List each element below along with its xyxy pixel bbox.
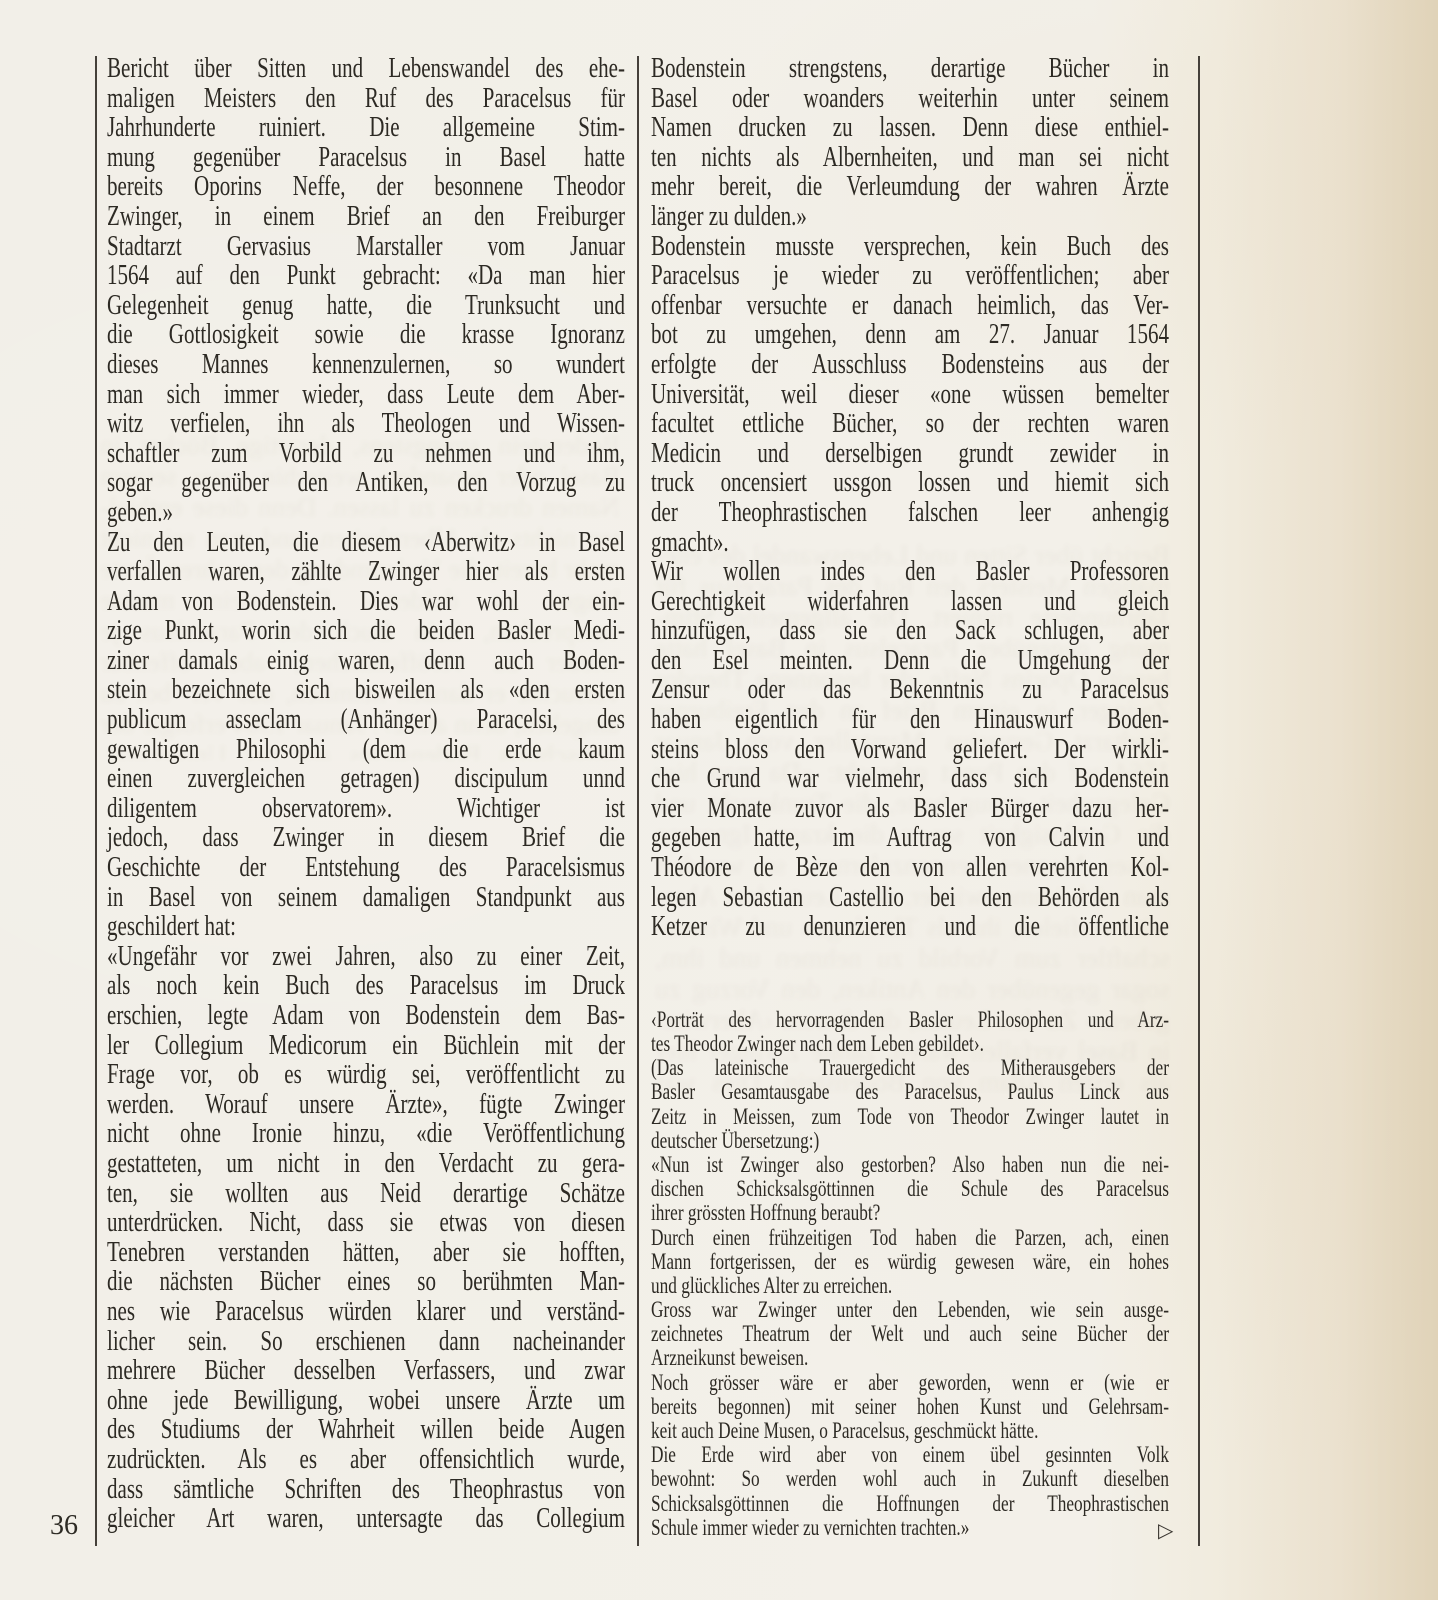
text-line: diligentem observatorem». Wichtiger ist [107,794,625,824]
text-line: Gelegenheit genug hatte, die Trunksucht … [107,291,625,321]
continuation-marker-icon: ▷ [1158,1518,1173,1543]
text-line: witz verfielen, ihn als Theologen und Wi… [107,409,625,439]
left-margin-rule [95,56,97,1546]
text-line: Bodenstein musste versprechen, kein Buch… [651,232,1169,262]
column-divider-rule [637,56,639,1546]
text-line: vier Monate zuvor als Basler Bürger dazu… [651,794,1169,824]
text-line: licher sein. So erschienen dann nacheina… [107,1327,625,1357]
text-line: und glückliches Alter zu erreichen. [651,1274,1169,1298]
caption-footnote-block: ‹Porträt des hervorragenden Basler Philo… [651,1008,1169,1540]
caption-spacer [651,942,1169,1008]
text-line: offenbar versuchte er danach heimlich, d… [651,291,1169,321]
text-line: Jahrhunderte ruiniert. Die allgemeine St… [107,113,625,143]
text-line: geben.» [107,498,625,528]
text-line: Gerechtigkeit widerfahren lassen und gle… [651,587,1169,617]
text-line: werden. Worauf unsere Ärzte», fügte Zwin… [107,1090,625,1120]
text-line: «Ungefähr vor zwei Jahren, also zu einer… [107,942,625,972]
text-line: mehrere Bücher desselben Verfassers, und… [107,1356,625,1386]
text-line: ihrer grössten Hoffnung beraubt? [651,1201,1169,1225]
text-line: einen zuvergleichen getragen) discipulum… [107,764,625,794]
text-line: Basler Gesamtausgabe des Paracelsus, Pau… [651,1080,1169,1104]
text-line: nicht ohne Ironie hinzu, «die Veröffentl… [107,1119,625,1149]
text-line: Théodore de Bèze den von allen verehrten… [651,853,1169,883]
text-line: des Studiums der Wahrheit willen beide A… [107,1415,625,1445]
text-line: Durch einen frühzeitigen Tod haben die P… [651,1226,1169,1250]
text-line: Paracelsus je wieder zu veröffentlichen;… [651,261,1169,291]
text-line: hinzufügen, dass sie den Sack schlugen, … [651,616,1169,646]
text-line: zudrückten. Als es aber offensichtlich w… [107,1445,625,1475]
text-line: dischen Schicksalsgöttinnen die Schule d… [651,1177,1169,1201]
text-line: die nächsten Bücher eines so berühmten M… [107,1267,625,1297]
text-line: als noch kein Buch des Paracelsus im Dru… [107,971,625,1001]
text-line: der Theophrastischen falschen leer anhen… [651,498,1169,528]
text-line: haben eigentlich für den Hinauswurf Bode… [651,705,1169,735]
text-line: bewohnt: So werden wohl auch in Zukunft … [651,1467,1169,1491]
text-line: zeichnetes Theatrum der Welt und auch se… [651,1322,1169,1346]
text-line: 1564 auf den Punkt gebracht: «Da man hie… [107,261,625,291]
text-line: Universität, weil dieser «one wüssen bem… [651,380,1169,410]
text-line: Adam von Bodenstein. Dies war wohl der e… [107,587,625,617]
text-line: ohne jede Bewilligung, wobei unsere Ärzt… [107,1386,625,1416]
text-line: Zwinger, in einem Brief an den Freiburge… [107,202,625,232]
text-line: tes Theodor Zwinger nach dem Leben gebil… [651,1032,1169,1056]
text-line: steins bloss den Vorwand geliefert. Der … [651,735,1169,765]
left-text-column: Bericht über Sitten und Lebenswandel des… [107,54,625,1534]
text-line: Wir wollen indes den Basler Professoren [651,557,1169,587]
text-line: erfolgte der Ausschluss Bodensteins aus … [651,350,1169,380]
text-line: Namen drucken zu lassen. Denn diese enth… [651,113,1169,143]
text-line: gestatteten, um nicht in den Verdacht zu… [107,1149,625,1179]
text-line: geschildert hat: [107,912,625,942]
text-line: Mann fortgerissen, der es würdig gewesen… [651,1250,1169,1274]
text-line: erschien, legte Adam von Bodenstein dem … [107,1001,625,1031]
text-line: Ketzer zu denunzieren und die öffentlich… [651,912,1169,942]
text-line: den Esel meinten. Denn die Umgehung der [651,646,1169,676]
right-text-column: Bodenstein strengstens, derartige Bücher… [651,54,1169,1540]
text-line: Zensur oder das Bekenntnis zu Paracelsus [651,675,1169,705]
text-line: in Basel von seinem damaligen Standpunkt… [107,883,625,913]
text-line: dass sämtliche Schriften des Theophrastu… [107,1475,625,1505]
text-line: Stadtarzt Gervasius Marstaller vom Janua… [107,232,625,262]
text-line: Bericht über Sitten und Lebenswandel des… [107,54,625,84]
scanned-magazine-page: Bodenstein strengstens, derartige Bücher… [0,0,1438,1600]
text-line: truck oncensiert ussgon lossen und hiemi… [651,468,1169,498]
text-line: dieses Mannes kennenzulernen, so wundert [107,350,625,380]
text-line: che Grund war vielmehr, dass sich Bodens… [651,764,1169,794]
text-line: gewaltigen Philosophi (dem die erde kaum [107,735,625,765]
page-number: 36 [50,1510,78,1542]
text-line: ziner damals einig waren, denn auch Bode… [107,646,625,676]
text-line: bereits Oporins Neffe, der besonnene The… [107,172,625,202]
text-line: bot zu umgehen, denn am 27. Januar 1564 [651,320,1169,350]
text-line: sogar gegenüber den Antiken, den Vorzug … [107,468,625,498]
text-line: Die Erde wird aber von einem übel gesinn… [651,1443,1169,1467]
text-line: ten nichts als Albernheiten, und man sei… [651,143,1169,173]
text-line: bereits begonnen) mit seiner hohen Kunst… [651,1395,1169,1419]
right-column-body: Bodenstein strengstens, derartige Bücher… [651,54,1169,942]
text-line: Frage vor, ob es würdig sei, veröffentli… [107,1060,625,1090]
text-line: schaftler zum Vorbild zu nehmen und ihm, [107,439,625,469]
text-line: verfallen waren, zählte Zwinger hier als… [107,557,625,587]
text-line: Schicksalsgöttinnen die Hoffnungen der T… [651,1492,1169,1516]
text-line: ler Collegium Medicorum ein Büchlein mit… [107,1031,625,1061]
text-line: Zu den Leuten, die diesem ‹Aberwitz› in … [107,528,625,558]
right-margin-rule [1198,56,1200,1546]
text-line: ‹Porträt des hervorragenden Basler Philo… [651,1008,1169,1032]
text-line: deutscher Übersetzung:) [651,1129,1169,1153]
text-line: Gross war Zwinger unter den Lebenden, wi… [651,1298,1169,1322]
text-line: publicum asseclam (Anhänger) Paracelsi, … [107,705,625,735]
page-edge-shadow [1218,0,1438,1600]
text-line: mung gegenüber Paracelsus in Basel hatte [107,143,625,173]
text-line: Bodenstein strengstens, derartige Bücher… [651,54,1169,84]
text-line: (Das lateinische Trauergedicht des Mithe… [651,1056,1169,1080]
text-line: länger zu dulden.» [651,202,1169,232]
text-line: Zeitz in Meissen, zum Tode von Theodor Z… [651,1105,1169,1129]
text-line: Tenebren verstanden hätten, aber sie hof… [107,1238,625,1268]
text-line: «Nun ist Zwinger also gestorben? Also ha… [651,1153,1169,1177]
text-line: zige Punkt, worin sich die beiden Basler… [107,616,625,646]
text-line: nes wie Paracelsus würden klarer und ver… [107,1297,625,1327]
text-line: jedoch, dass Zwinger in diesem Brief die [107,823,625,853]
text-line: Noch grösser wäre er aber geworden, wenn… [651,1371,1169,1395]
text-line: Geschichte der Entstehung des Paracelsis… [107,853,625,883]
text-line: Basel oder woanders weiterhin unter sein… [651,84,1169,114]
text-line: keit auch Deine Musen, o Paracelsus, ges… [651,1419,1169,1443]
text-line: unterdrücken. Nicht, dass sie etwas von … [107,1208,625,1238]
text-line: gegeben hatte, im Auftrag von Calvin und [651,823,1169,853]
text-line: Arzneikunst beweisen. [651,1346,1169,1370]
text-line: die Gottlosigkeit sowie die krasse Ignor… [107,320,625,350]
text-line: man sich immer wieder, dass Leute dem Ab… [107,380,625,410]
text-line: facultet ettliche Bücher, so der rechten… [651,409,1169,439]
text-line: gmacht». [651,528,1169,558]
text-line: ten, sie wollten aus Neid derartige Schä… [107,1179,625,1209]
text-line: mehr bereit, die Verleumdung der wahren … [651,172,1169,202]
text-line: legen Sebastian Castellio bei den Behörd… [651,883,1169,913]
text-line: gleicher Art waren, untersagte das Colle… [107,1504,625,1534]
text-line: Medicin und derselbigen grundt zewider i… [651,439,1169,469]
text-line: Schule immer wieder zu vernichten tracht… [651,1516,1169,1540]
text-line: maligen Meisters den Ruf des Paracelsus … [107,84,625,114]
text-line: stein bezeichnete sich bisweilen als «de… [107,675,625,705]
